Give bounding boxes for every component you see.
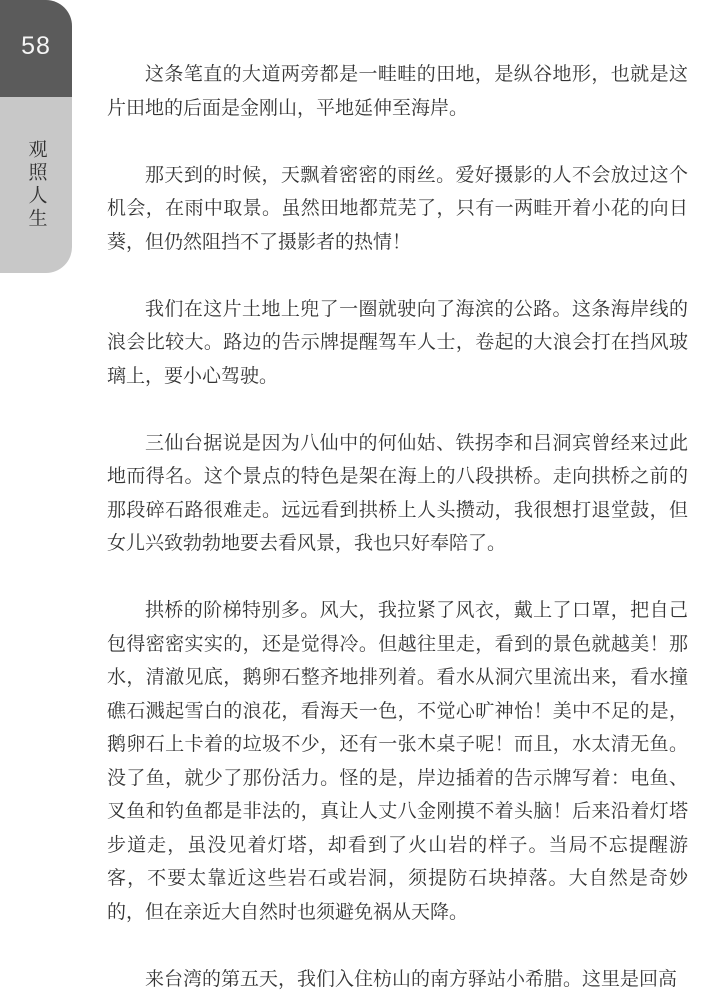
page-body-text: 这条笔直的大道两旁都是一畦畦的田地，是纵谷地形，也就是这片田地的后面是金刚山，平… xyxy=(107,0,688,996)
body-paragraph-2: 那天到的时候，天飘着密密的雨丝。爱好摄影的人不会放过这个机会，在雨中取景。虽然田… xyxy=(107,159,688,260)
body-paragraph-4: 三仙台据说是因为八仙中的何仙姑、铁拐李和吕洞宾曾经来过此地而得名。这个景点的特色… xyxy=(107,427,688,561)
body-paragraph-5: 拱桥的阶梯特别多。风大，我拉紧了风衣，戴上了口罩，把自己包得密密实实的，还是觉得… xyxy=(107,594,688,929)
section-title-tab: 观照人生 xyxy=(0,97,72,273)
body-paragraph-3: 我们在这片土地上兜了一圈就驶向了海滨的公路。这条海岸线的浪会比较大。路边的告示牌… xyxy=(107,293,688,394)
page-number: 58 xyxy=(21,32,51,61)
body-paragraph-1: 这条笔直的大道两旁都是一畦畦的田地，是纵谷地形，也就是这片田地的后面是金刚山，平… xyxy=(107,58,688,125)
section-title: 观照人生 xyxy=(27,139,46,231)
body-paragraph-6: 来台湾的第五天，我们入住枋山的南方驿站小希腊。这里是回高 xyxy=(107,963,688,997)
book-page: 58 观照人生 这条笔直的大道两旁都是一畦畦的田地，是纵谷地形，也就是这片田地的… xyxy=(0,0,705,1000)
chapter-tab: 58 观照人生 xyxy=(0,0,72,273)
page-number-tab: 58 xyxy=(0,0,72,97)
